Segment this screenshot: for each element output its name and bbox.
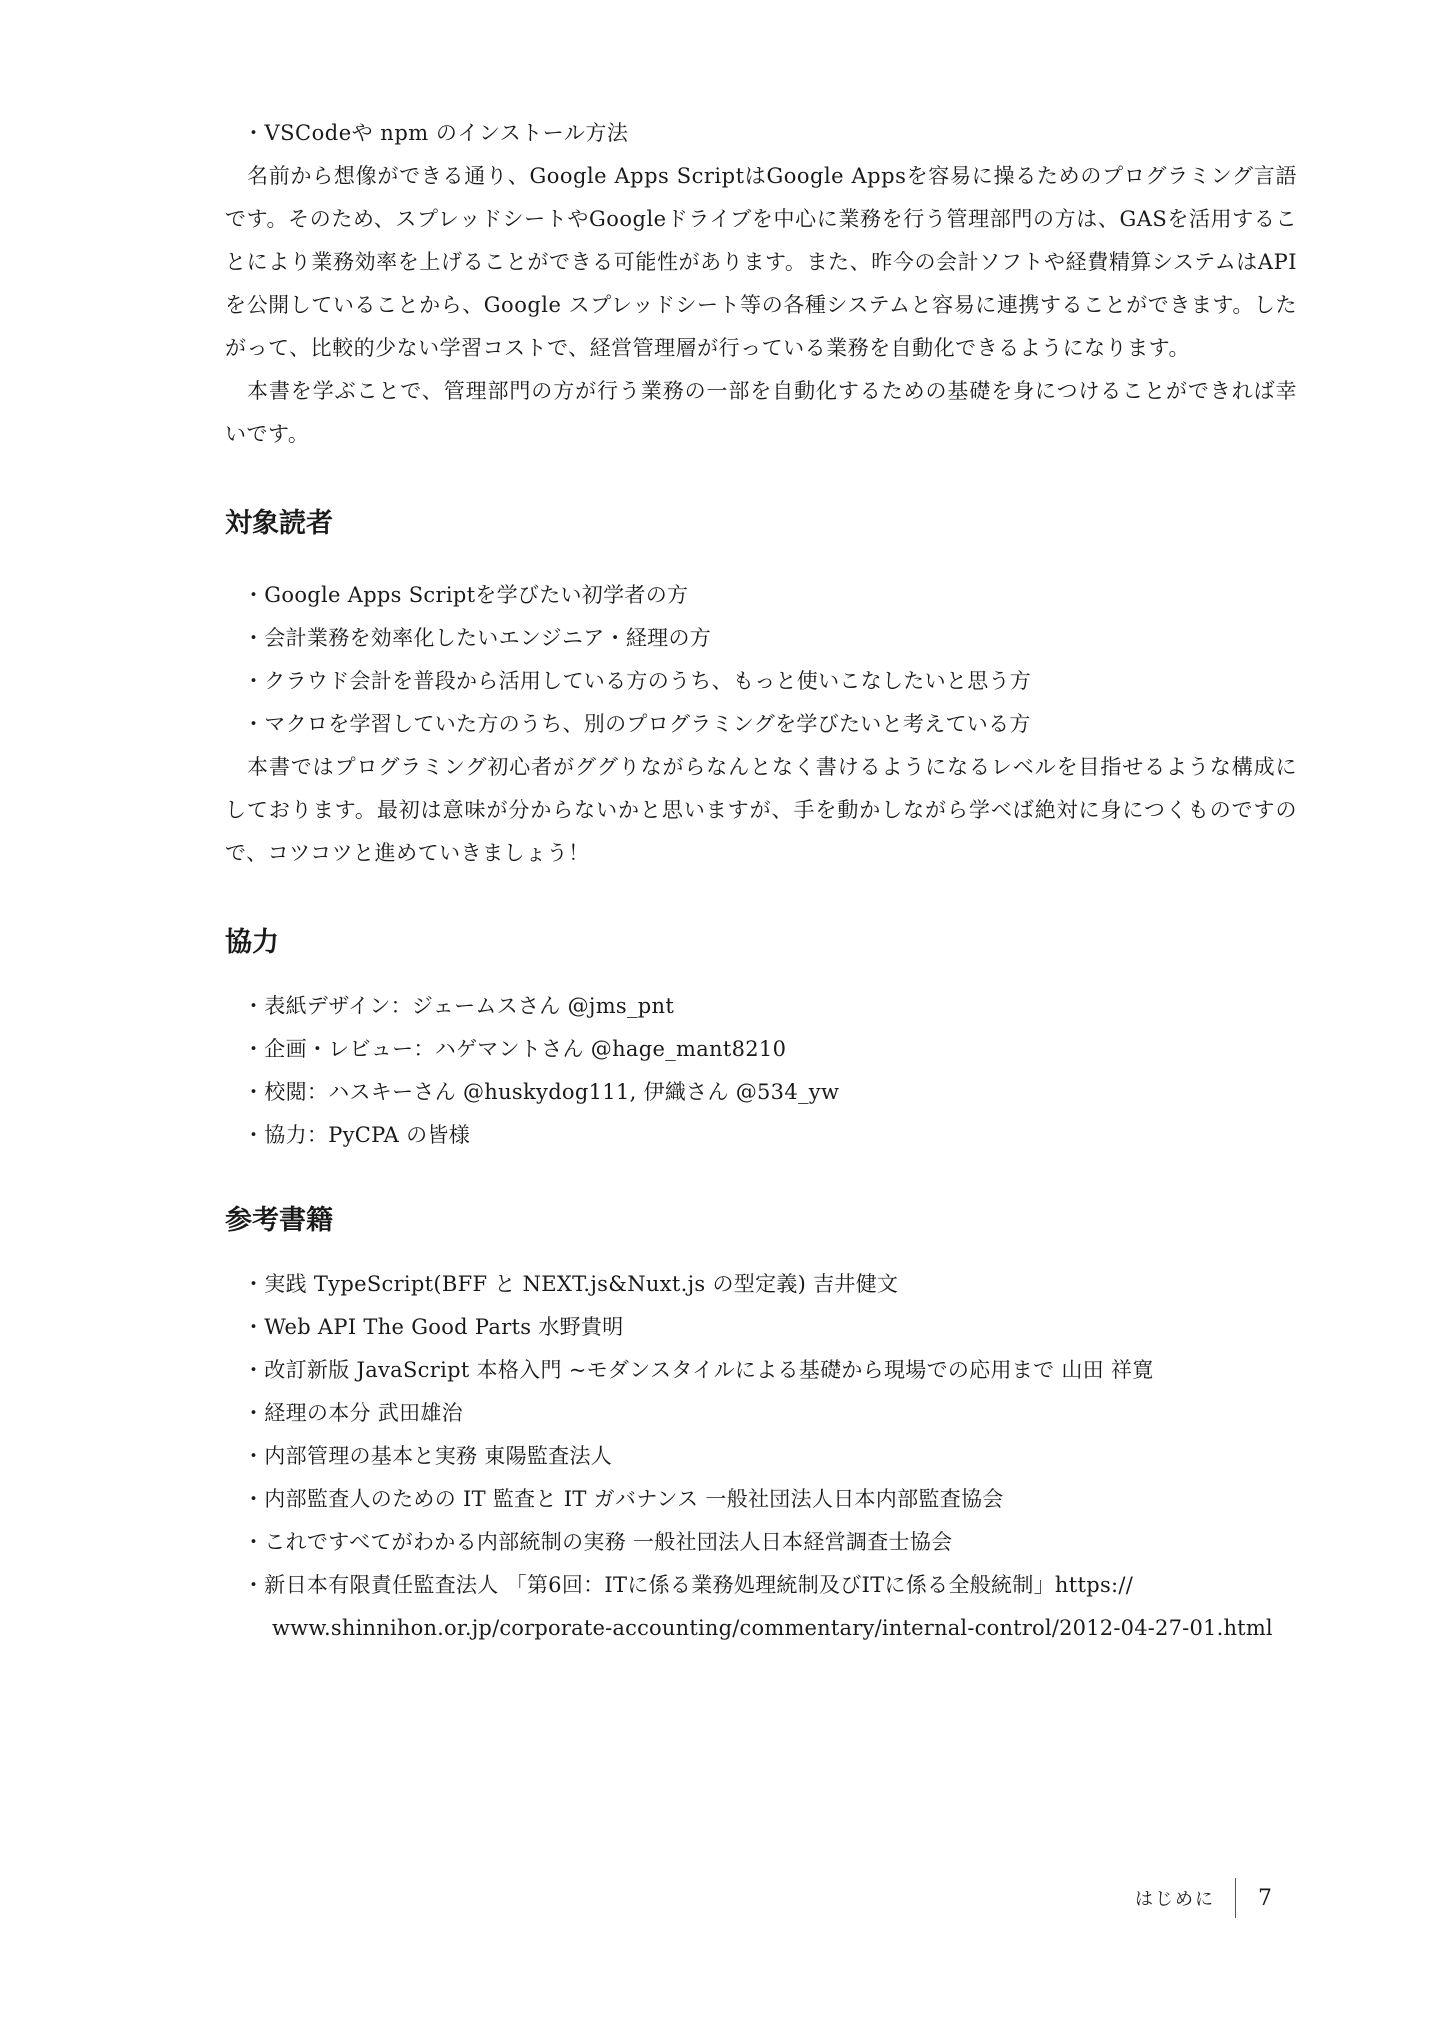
list-item: ・Web API The Good Parts 水野貴明 <box>225 1306 1297 1349</box>
page-content: ・VSCodeや npm のインストール方法 名前から想像ができる通り、Goog… <box>225 112 1297 1650</box>
section-references: 参考書籍 ・実践 TypeScript(BFF と NEXT.js&Nuxt.j… <box>225 1201 1297 1650</box>
list-item: ・協力：PyCPA の皆様 <box>225 1114 1297 1157</box>
reference-url[interactable]: www.shinnihon.or.jp/corporate-accounting… <box>225 1607 1297 1650</box>
list-item: ・内部監査人のための IT 監査と IT ガバナンス 一般社団法人日本内部監査協… <box>225 1478 1297 1521</box>
list-item: ・表紙デザイン：ジェームスさん @jms_pnt <box>225 985 1297 1028</box>
section-heading: 参考書籍 <box>225 1201 1297 1241</box>
list-item: ・Google Apps Scriptを学びたい初学者の方 <box>225 574 1297 617</box>
readers-paragraph: 本書ではプログラミング初心者がググりながらなんとなく書けるようになるレベルを目指… <box>225 746 1297 875</box>
list-item: ・会計業務を効率化したいエンジニア・経理の方 <box>225 617 1297 660</box>
list-item: ・校閲：ハスキーさん @huskydog111, 伊織さん @534_yw <box>225 1071 1297 1114</box>
list-item: ・経理の本分 武田雄治 <box>225 1392 1297 1435</box>
section-heading: 協力 <box>225 923 1297 963</box>
reference-list: ・実践 TypeScript(BFF と NEXT.js&Nuxt.js の型定… <box>225 1263 1297 1607</box>
section-heading: 対象読者 <box>225 504 1297 544</box>
footer-divider <box>1235 1878 1236 1918</box>
list-item: ・これですべてがわかる内部統制の実務 一般社団法人日本経営調査士協会 <box>225 1521 1297 1564</box>
list-item: ・内部管理の基本と実務 東陽監査法人 <box>225 1435 1297 1478</box>
list-item: ・クラウド会計を普段から活用している方のうち、もっと使いこなしたいと思う方 <box>225 660 1297 703</box>
list-item: ・新日本有限責任監査法人 「第6回：ITに係る業務処理統制及びITに係る全般統制… <box>225 1564 1297 1607</box>
intro-paragraph-2: 本書を学ぶことで、管理部門の方が行う業務の一部を自動化するための基礎を身につける… <box>225 370 1297 456</box>
list-item: ・実践 TypeScript(BFF と NEXT.js&Nuxt.js の型定… <box>225 1263 1297 1306</box>
chapter-label: はじめに <box>1135 1885 1215 1911</box>
intro-bullet: ・VSCodeや npm のインストール方法 <box>225 112 1297 155</box>
list-item: ・マクロを学習していた方のうち、別のプログラミングを学びたいと考えている方 <box>225 703 1297 746</box>
intro-paragraph-1: 名前から想像ができる通り、Google Apps ScriptはGoogle A… <box>225 155 1297 370</box>
list-item: ・改訂新版 JavaScript 本格入門 ~モダンスタイルによる基礎から現場で… <box>225 1349 1297 1392</box>
page-number: 7 <box>1258 1886 1272 1911</box>
page-footer: はじめに 7 <box>1135 1878 1272 1918</box>
cooperation-list: ・表紙デザイン：ジェームスさん @jms_pnt ・企画・レビュー：ハゲマントさ… <box>225 985 1297 1157</box>
section-target-readers: 対象読者 ・Google Apps Scriptを学びたい初学者の方 ・会計業務… <box>225 504 1297 875</box>
reader-list: ・Google Apps Scriptを学びたい初学者の方 ・会計業務を効率化し… <box>225 574 1297 746</box>
list-item: ・企画・レビュー：ハゲマントさん @hage_mant8210 <box>225 1028 1297 1071</box>
section-cooperation: 協力 ・表紙デザイン：ジェームスさん @jms_pnt ・企画・レビュー：ハゲマ… <box>225 923 1297 1157</box>
